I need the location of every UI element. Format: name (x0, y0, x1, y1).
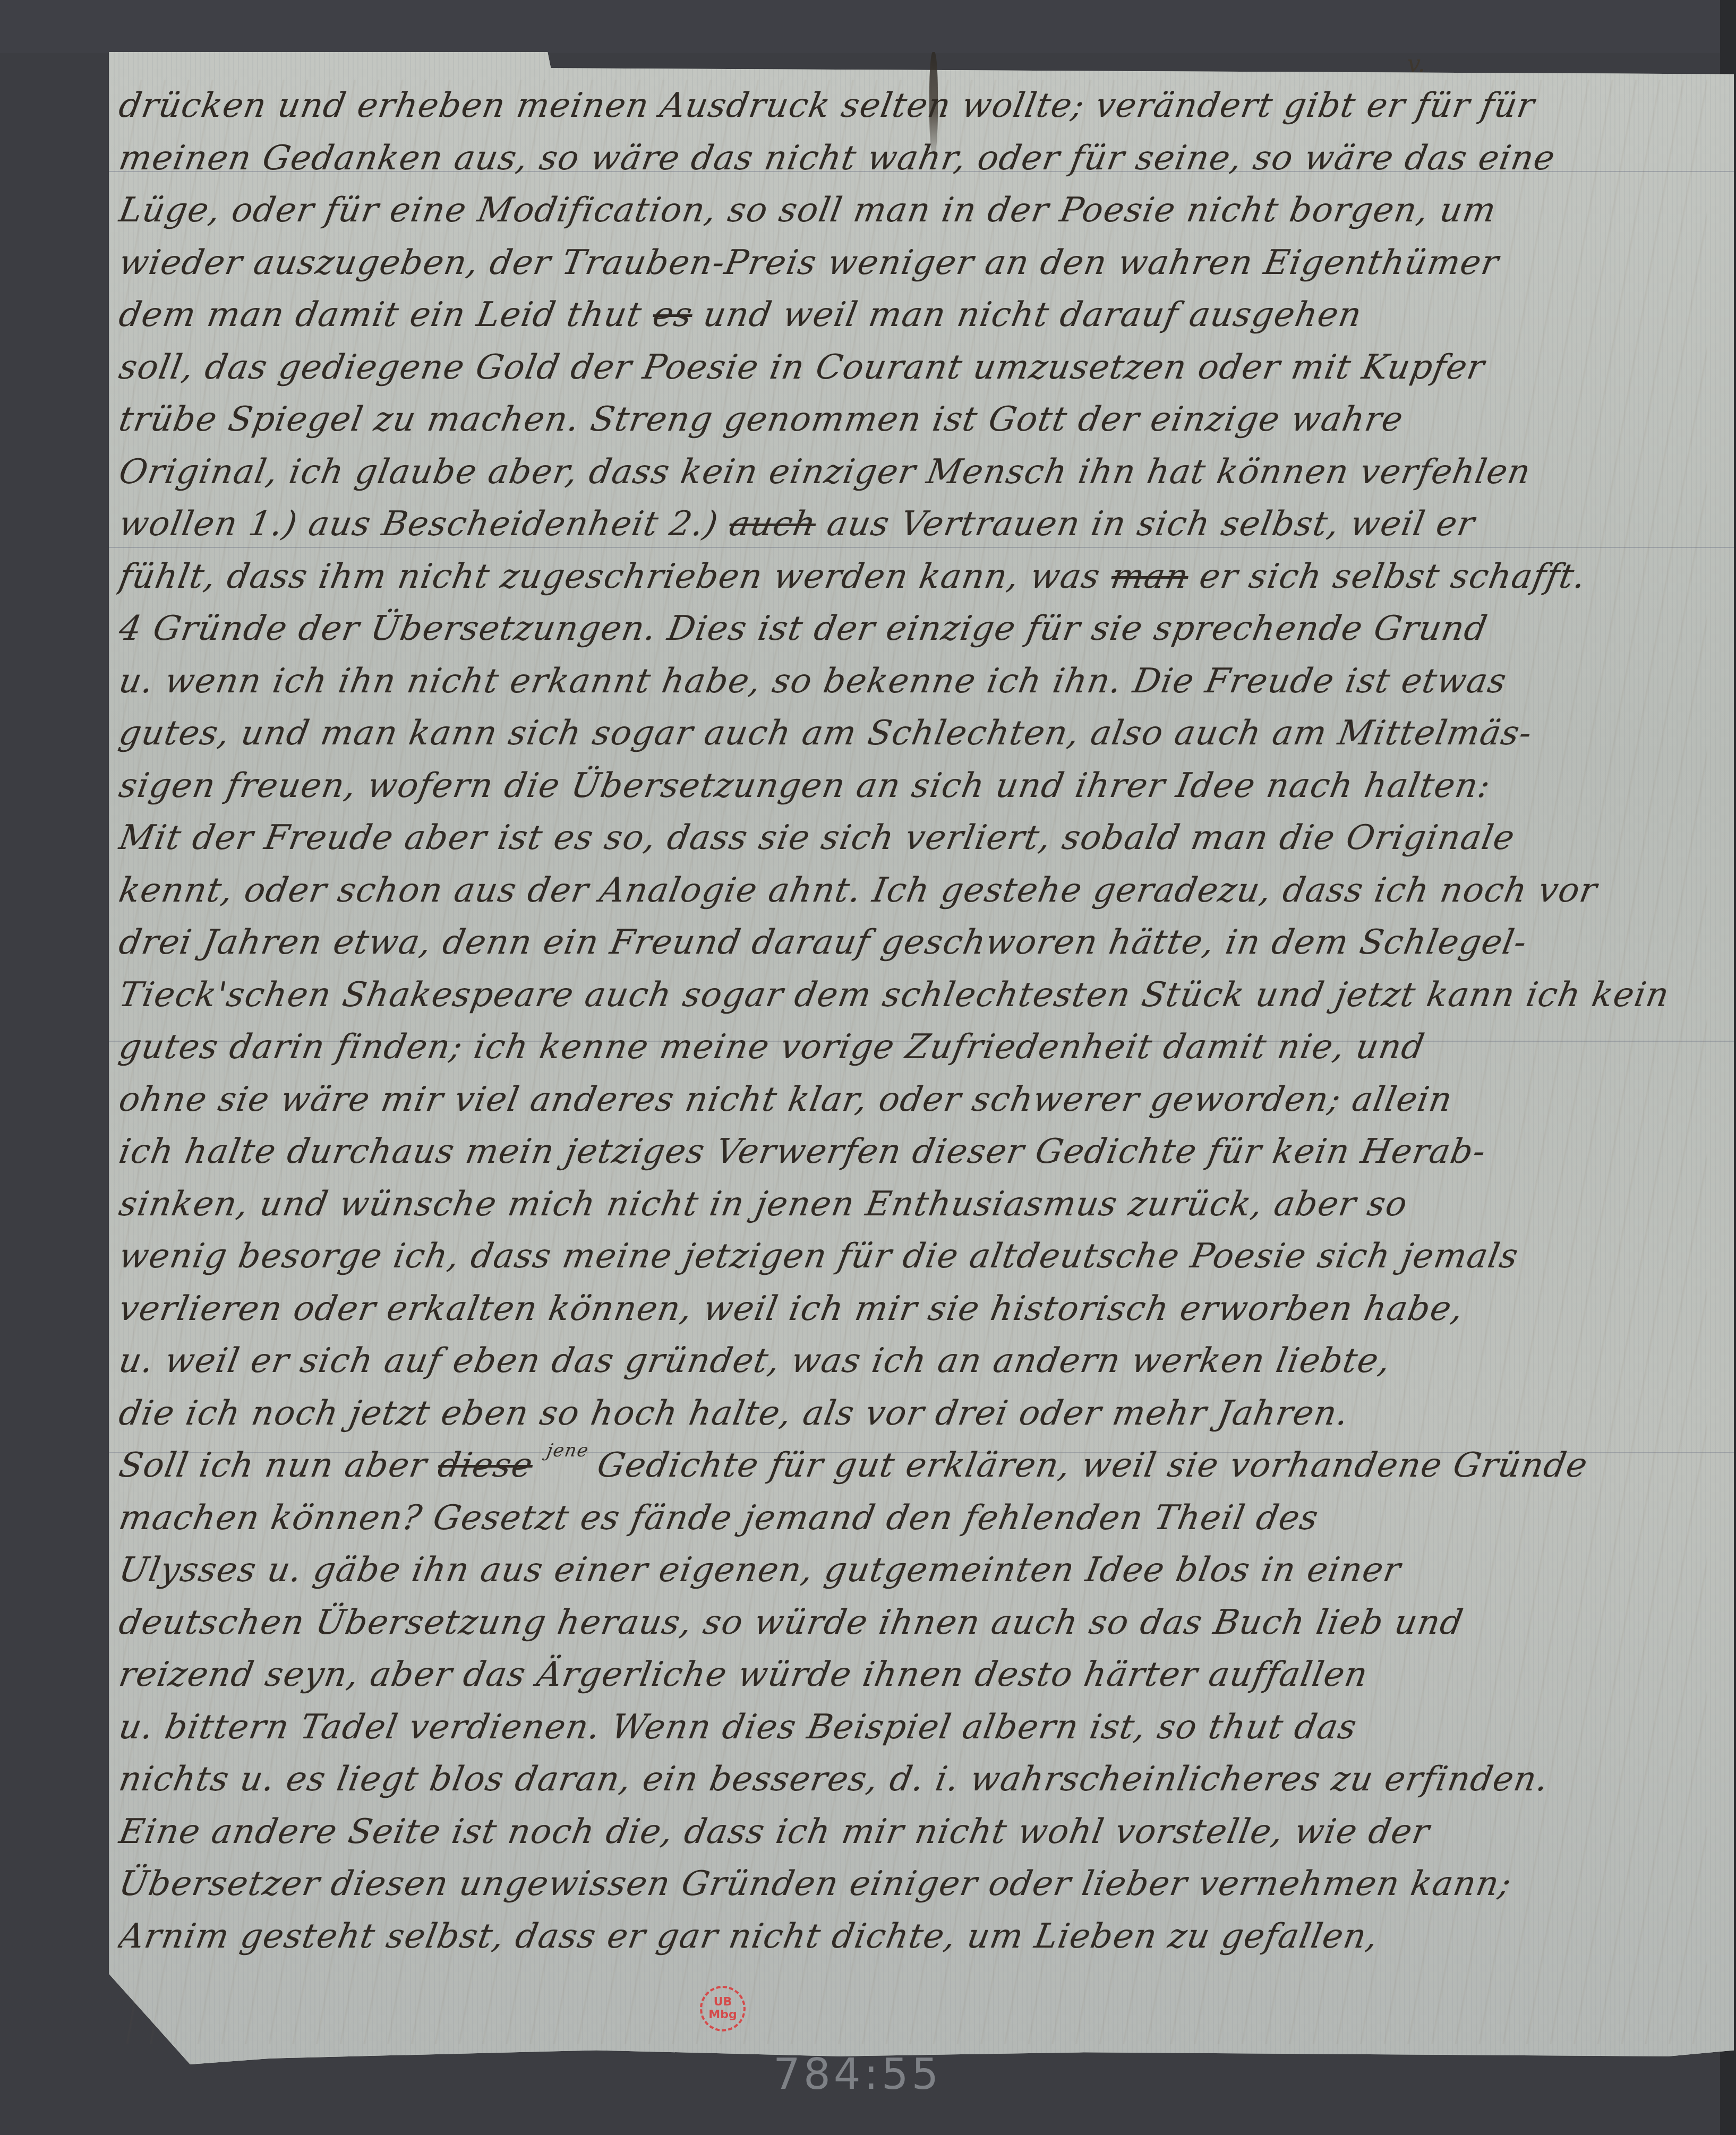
stamp-line-1: UB (714, 1996, 732, 2009)
text-line: Arnim gesteht selbst, dass er gar nicht … (115, 1910, 1712, 1963)
scan-backdrop-top (0, 0, 1720, 53)
text-line: u. wenn ich ihn nicht erkannt habe, so b… (115, 655, 1712, 708)
text-line: wenig besorge ich, dass meine jetzigen f… (115, 1230, 1712, 1283)
text-line: ohne sie wäre mir viel anderes nicht kla… (115, 1074, 1712, 1126)
text-line: Soll ich nun aber diese jene Gedichte fü… (115, 1439, 1712, 1492)
text-line: meinen Gedanken aus, so wäre das nicht w… (115, 132, 1712, 185)
text-line: gutes, und man kann sich sogar auch am S… (115, 707, 1712, 760)
text-line: Tieck'schen Shakespeare auch sogar dem s… (115, 969, 1712, 1022)
text-line: Ulysses u. gäbe ihn aus einer eigenen, g… (115, 1544, 1712, 1597)
stamp-line-2: Mbg (708, 2009, 737, 2021)
text-line: machen können? Gesetzt es fände jemand d… (115, 1492, 1712, 1545)
text-line: soll, das gediegene Gold der Poesie in C… (115, 341, 1712, 394)
text-line: verlieren oder erkalten können, weil ich… (115, 1283, 1712, 1335)
text-line: trübe Spiegel zu machen. Streng genommen… (115, 393, 1712, 446)
pencil-shelfmark: 784:55 (773, 2050, 942, 2099)
text-line: Übersetzer diesen ungewissen Gründen ein… (115, 1858, 1712, 1910)
text-line: dem man damit ein Leid thut es und weil … (115, 289, 1712, 341)
manuscript-text: drücken und erheben meinen Ausdruck selt… (119, 80, 1707, 1962)
text-line: die ich noch jetzt eben so hoch halte, a… (115, 1387, 1712, 1440)
library-stamp: UB Mbg (700, 1986, 746, 2031)
text-line: ich halte durchaus mein jetziges Verwerf… (115, 1126, 1712, 1178)
text-line: reizend seyn, aber das Ärgerliche würde … (115, 1649, 1712, 1701)
text-line: nichts u. es liegt blos daran, ein besse… (115, 1753, 1712, 1806)
folio-mark: v. (1407, 50, 1425, 78)
text-line: gutes darin finden; ich kenne meine vori… (115, 1021, 1712, 1074)
text-line: fühlt, dass ihm nicht zugeschrieben werd… (115, 551, 1712, 603)
text-line: Eine andere Seite ist noch die, dass ich… (115, 1806, 1712, 1858)
text-line: Mit der Freude aber ist es so, dass sie … (115, 812, 1712, 864)
text-line: Lüge, oder für eine Modification, so sol… (115, 184, 1712, 237)
text-line: wollen 1.) aus Bescheidenheit 2.) auch a… (115, 498, 1712, 551)
text-line: u. bittern Tadel verdienen. Wenn dies Be… (115, 1701, 1712, 1754)
text-line: drücken und erheben meinen Ausdruck selt… (115, 80, 1712, 132)
text-line: deutschen Übersetzung heraus, so würde i… (115, 1597, 1712, 1649)
text-line: sinken, und wünsche mich nicht in jenen … (115, 1178, 1712, 1231)
text-line-heading: 4 Gründe der Übersetzungen. Dies ist der… (115, 603, 1712, 655)
text-line: wieder auszugeben, der Trauben-Preis wen… (115, 237, 1712, 289)
text-line: u. weil er sich auf eben das gründet, wa… (115, 1335, 1712, 1387)
text-line: Original, ich glaube aber, dass kein ein… (115, 446, 1712, 499)
text-line: kennt, oder schon aus der Analogie ahnt.… (115, 864, 1712, 917)
text-line: sigen freuen, wofern die Übersetzungen a… (115, 760, 1712, 812)
text-line: drei Jahren etwa, denn ein Freund darauf… (115, 916, 1712, 969)
